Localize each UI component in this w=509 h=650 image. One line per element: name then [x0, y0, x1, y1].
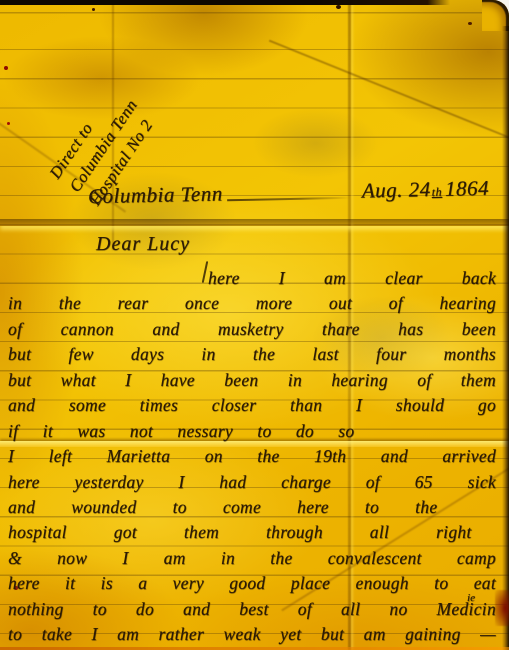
- body-line: to take I am rather weak yet but am gain…: [8, 622, 496, 647]
- heading-place: Columbia Tenn: [88, 181, 223, 209]
- body-line: I left Marietta on the 19th and arrived: [8, 444, 496, 469]
- superscript-correction: ie: [467, 592, 475, 604]
- ink-blot-red: [495, 590, 509, 626]
- letter-heading: Columbia Tenn Aug. 24 th 1864: [88, 176, 489, 209]
- body-line: and some times closer than I should go: [8, 393, 496, 418]
- heading-date-day: Aug. 24: [362, 177, 431, 203]
- ink-speck: [7, 122, 10, 125]
- body-line: of cannon and musketry thare has been: [8, 317, 496, 342]
- ink-speck: [468, 22, 472, 25]
- heading-date-ordinal: th: [432, 185, 443, 200]
- letter-page: Direct to Columbia Tenn Hospital No 2 Co…: [0, 0, 509, 650]
- right-edge-shadow: [502, 26, 509, 650]
- body-line: & now I am in the convalescent camp: [8, 546, 496, 571]
- ink-speck: [4, 66, 8, 70]
- body-line: in the rear once more out of hearing: [8, 291, 496, 316]
- address-note: Direct to Columbia Tenn Hospital No 2: [44, 0, 245, 211]
- body-line: hospital got them through all right: [8, 520, 472, 545]
- salutation: Dear Lucy: [96, 233, 190, 256]
- body-line: here I am clear back: [8, 266, 496, 291]
- letter-body: here I am clear back in the rear once mo…: [8, 266, 496, 648]
- body-line: here it is a very good place enough to e…: [8, 571, 496, 596]
- body-line: if it was not nessary to do so: [8, 419, 354, 444]
- crease-diagonal-top-right: [269, 40, 509, 147]
- ink-speck: [336, 5, 341, 9]
- body-line: nothing to do and best of all no Medicin: [8, 597, 496, 622]
- heading-flourish: [227, 197, 350, 202]
- crease-horizontal-main: [0, 219, 509, 226]
- ink-speck: [92, 8, 95, 11]
- body-line: but few days in the last four months: [8, 342, 496, 367]
- body-line: and wounded to come here to the: [8, 495, 437, 520]
- heading-date-year: 1864: [445, 176, 490, 202]
- body-line: here yesterday I had charge of 65 sick: [8, 470, 496, 495]
- body-line: but what I have been in hearing of them: [8, 368, 496, 393]
